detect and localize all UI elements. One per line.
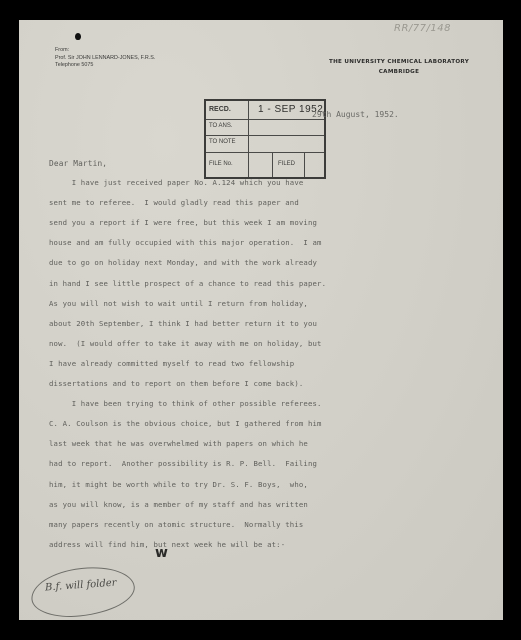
- handwritten-correction: w: [155, 545, 168, 561]
- sender-name: Prof. Sir JOHN LENNARD-JONES, F.R.S.: [55, 55, 155, 63]
- letter-date: 29th August, 1952.: [312, 110, 399, 119]
- body-line: as you will know, is a member of my staf…: [49, 500, 308, 509]
- stamp-to-ans-label: TO ANS.: [209, 123, 233, 129]
- body-line: I have just received paper No. A.124 whi…: [49, 178, 303, 187]
- body-line: C. A. Coulson is the obvious choice, but…: [49, 419, 322, 428]
- body-line: now. (I would offer to take it away with…: [49, 339, 322, 348]
- letter-page: RR/77/148 From: Prof. Sir JOHN LENNARD-J…: [19, 20, 503, 620]
- body-line: had to report. Another possibility is R.…: [49, 459, 317, 468]
- letterhead-institution: THE UNIVERSITY CHEMICAL LABORATORY CAMBR…: [309, 57, 489, 77]
- body-line: As you will not wish to wait until I ret…: [49, 299, 308, 308]
- body-line: I have already committed myself to read …: [49, 359, 294, 368]
- body-line: last week that he was overwhelmed with p…: [49, 439, 308, 448]
- institution-name: THE UNIVERSITY CHEMICAL LABORATORY: [309, 57, 489, 67]
- body-line: send you a report if I were free, but th…: [49, 218, 317, 227]
- body-line: house and am fully occupied with this ma…: [49, 238, 322, 247]
- body-line: sent me to referee. I would gladly read …: [49, 198, 299, 207]
- stamp-recd-label: RECD.: [209, 106, 231, 113]
- body-line: I have been trying to think of other pos…: [49, 399, 322, 408]
- from-label: From:: [55, 47, 155, 55]
- stamp-to-note-label: TO NOTE: [209, 139, 236, 145]
- letterhead-sender: From: Prof. Sir JOHN LENNARD-JONES, F.R.…: [55, 47, 155, 70]
- stamp-filed-label: FILED: [278, 161, 295, 167]
- body-line: many papers recently on atomic structure…: [49, 520, 303, 529]
- sender-telephone: Telephone 5075: [55, 62, 155, 70]
- body-line: in hand I see little prospect of a chanc…: [49, 279, 326, 288]
- stamp-file-no-label: FILE No.: [209, 161, 233, 167]
- institution-city: CAMBRIDGE: [309, 67, 489, 77]
- received-stamp: RECD. 1 - SEP 1952 TO ANS. TO NOTE FILE …: [204, 99, 326, 179]
- archive-reference: RR/77/148: [394, 23, 451, 34]
- salutation: Dear Martin,: [49, 159, 107, 168]
- body-line: him, it might be worth while to try Dr. …: [49, 480, 308, 489]
- ink-blot: [75, 33, 81, 40]
- body-line: dissertations and to report on them befo…: [49, 379, 303, 388]
- body-line: about 20th September, I think I had bett…: [49, 319, 317, 328]
- body-line: due to go on holiday next Monday, and wi…: [49, 258, 317, 267]
